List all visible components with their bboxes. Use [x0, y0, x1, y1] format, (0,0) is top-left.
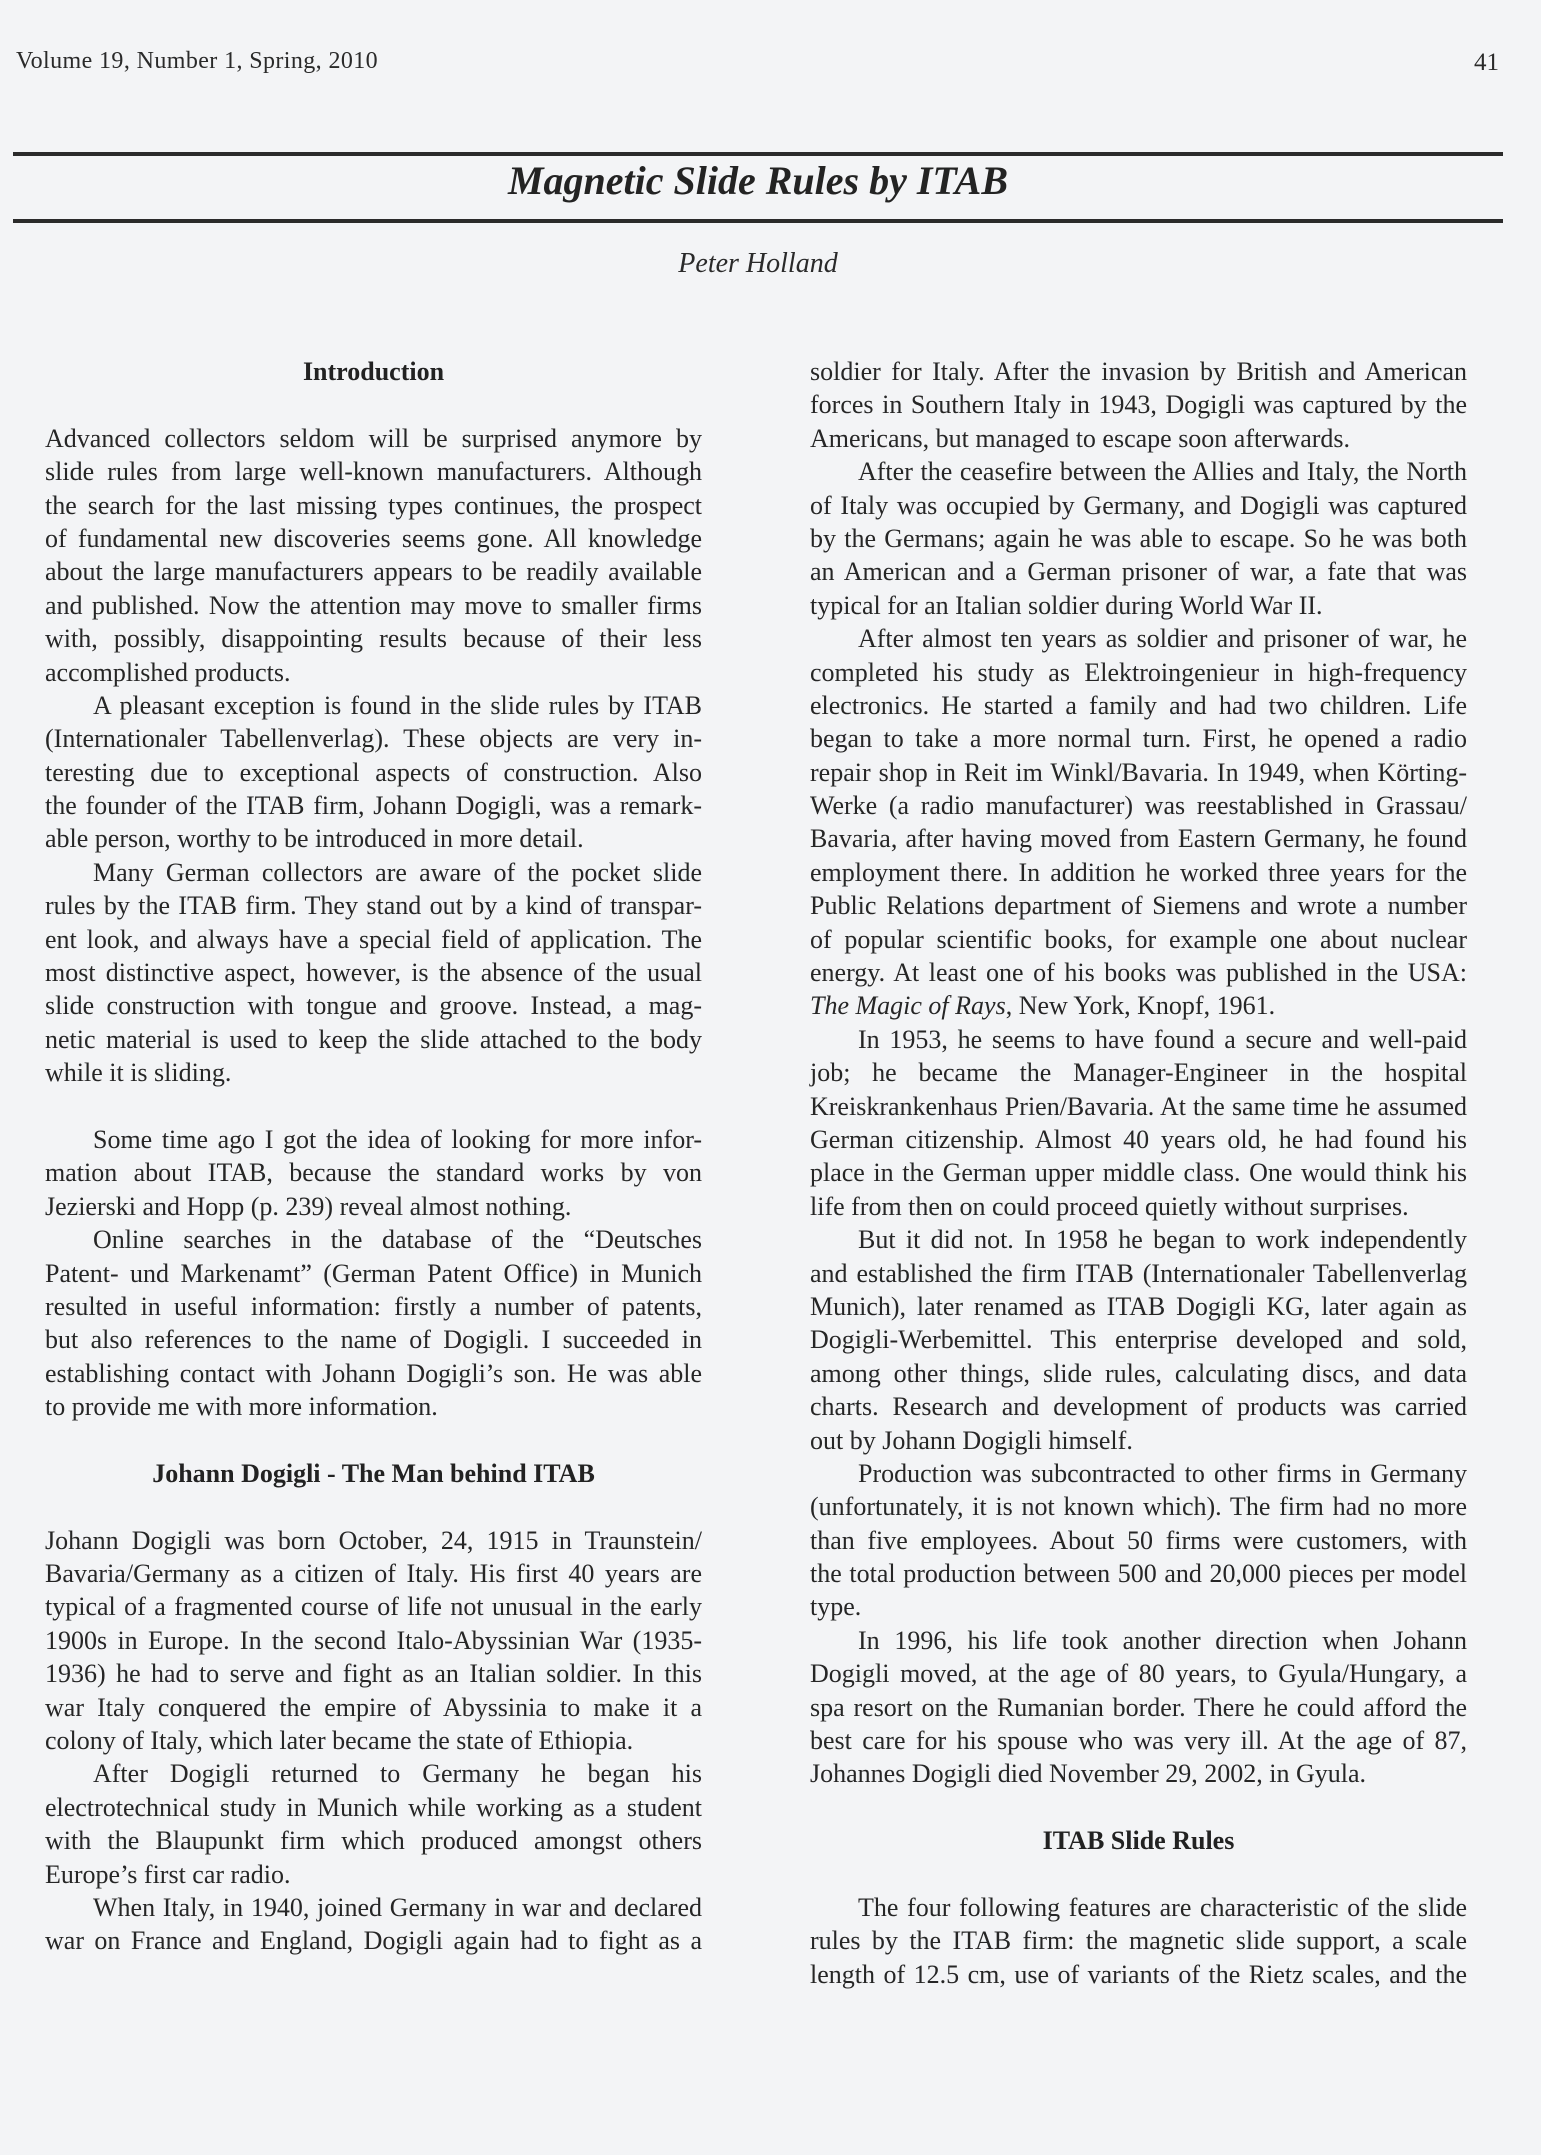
text-line: the total production between 500 and 20,…: [810, 1557, 1467, 1590]
text-line: Public Relations department of Siemens a…: [810, 889, 1467, 922]
text-line: typical of a fragmented course of life n…: [45, 1590, 702, 1623]
paragraph: Production was subcontracted to other fi…: [810, 1457, 1467, 1624]
text-line: an American and a German prisoner of war…: [810, 555, 1467, 588]
text-line: than five employees. About 50 firms were…: [810, 1524, 1467, 1557]
paragraph: After the ceasefire between the Allies a…: [810, 455, 1467, 622]
title-rule-bottom: [13, 219, 1503, 223]
text-line: Johannes Dogigli died November 29, 2002,…: [810, 1757, 1467, 1790]
text-line: to provide me with more information.: [45, 1390, 702, 1423]
text-line: establishing contact with Johann Dogigli…: [45, 1357, 702, 1390]
text-line: Bavaria/Germany as a citizen of Italy. H…: [45, 1557, 702, 1590]
text-line: while it is sliding.: [45, 1056, 702, 1089]
text-line: electrotechnical study in Munich while w…: [45, 1791, 702, 1824]
text-line: among other things, slide rules, calcula…: [810, 1357, 1467, 1390]
text-segment: , New York, Knopf, 1961.: [1006, 991, 1275, 1020]
text-line: life from then on could proceed quietly …: [810, 1190, 1467, 1223]
text-line: Some time ago I got the idea of looking …: [45, 1123, 702, 1156]
text-line: employment there. In addition he worked …: [810, 856, 1467, 889]
text-line: 1936) he had to serve and fight as an It…: [45, 1657, 702, 1690]
text-line: Bavaria, after having moved from Eastern…: [810, 822, 1467, 855]
text-line: Online searches in the database of the “…: [45, 1223, 702, 1256]
paragraph: After almost ten years as soldier and pr…: [810, 622, 1467, 1023]
text-line: Production was subcontracted to other fi…: [810, 1457, 1467, 1490]
text-line: After Dogigli returned to Germany he beg…: [45, 1757, 702, 1790]
text-line: (Internationaler Tabellenverlag). These …: [45, 722, 702, 755]
text-line: teresting due to exceptional aspects of …: [45, 756, 702, 789]
right-column: soldier for Italy. After the invasion by…: [810, 355, 1467, 1991]
text-line: ent look, and always have a special fiel…: [45, 923, 702, 956]
text-line: The Magic of Rays, New York, Knopf, 1961…: [810, 989, 1467, 1022]
text-line: and published. Now the attention may mov…: [45, 589, 702, 622]
text-line: German citizenship. Almost 40 years old,…: [810, 1123, 1467, 1156]
text-line: best care for his spouse who was very il…: [810, 1724, 1467, 1757]
text-line: rules by the ITAB firm: the magnetic sli…: [810, 1924, 1467, 1957]
text-line: repair shop in Reit im Winkl/Bavaria. In…: [810, 756, 1467, 789]
text-line: began to take a more normal turn. First,…: [810, 722, 1467, 755]
section-heading: Introduction: [45, 355, 702, 388]
text-line: (unfortunately, it is not known which). …: [810, 1490, 1467, 1523]
text-line: A pleasant exception is found in the sli…: [45, 689, 702, 722]
text-line: typical for an Italian soldier during Wo…: [810, 589, 1467, 622]
book-title: The Magic of Rays: [810, 991, 1006, 1020]
text-line: mation about ITAB, because the standard …: [45, 1156, 702, 1189]
text-line: of popular scientific books, for example…: [810, 923, 1467, 956]
running-header-issue: Volume 19, Number 1, Spring, 2010: [16, 49, 378, 73]
paragraph: Some time ago I got the idea of looking …: [45, 1123, 702, 1223]
paragraph: A pleasant exception is found in the sli…: [45, 689, 702, 856]
text-line: type.: [810, 1590, 1467, 1623]
text-line: In 1953, he seems to have found a secure…: [810, 1023, 1467, 1056]
text-line: Jezierski and Hopp (p. 239) reveal almos…: [45, 1190, 702, 1223]
paragraph: Online searches in the database of the “…: [45, 1223, 702, 1423]
paragraph: But it did not. In 1958 he began to work…: [810, 1223, 1467, 1457]
text-line: Patent- und Markenamt” (German Patent Of…: [45, 1257, 702, 1290]
text-line: of fundamental new discoveries seems gon…: [45, 522, 702, 555]
section-heading: Johann Dogigli - The Man behind ITAB: [45, 1457, 702, 1490]
text-line: accomplished products.: [45, 656, 702, 689]
text-line: Americans, but managed to escape soon af…: [810, 422, 1467, 455]
text-line: The four following features are characte…: [810, 1891, 1467, 1924]
text-line: war on France and England, Dogigli again…: [45, 1924, 702, 1957]
text-line: Munich), later renamed as ITAB Dogigli K…: [810, 1290, 1467, 1323]
paragraph: The four following features are characte…: [810, 1891, 1467, 1991]
paragraph: Many German collectors are aware of the …: [45, 856, 702, 1090]
text-line: of Italy was occupied by Germany, and Do…: [810, 489, 1467, 522]
text-line: In 1996, his life took another direction…: [810, 1624, 1467, 1657]
text-line: with, possibly, disappointing results be…: [45, 622, 702, 655]
text-line: colony of Italy, which later became the …: [45, 1724, 702, 1757]
paragraph: In 1996, his life took another direction…: [810, 1624, 1467, 1791]
text-line: forces in Southern Italy in 1943, Dogigl…: [810, 388, 1467, 421]
text-line: After the ceasefire between the Allies a…: [810, 455, 1467, 488]
text-line: slide rules from large well-known manufa…: [45, 455, 702, 488]
text-line: spa resort on the Rumanian border. There…: [810, 1691, 1467, 1724]
text-line: But it did not. In 1958 he began to work…: [810, 1223, 1467, 1256]
paragraph: soldier for Italy. After the invasion by…: [810, 355, 1467, 455]
text-line: energy. At least one of his books was pu…: [810, 956, 1467, 989]
text-line: slide construction with tongue and groov…: [45, 989, 702, 1022]
paragraph: Johann Dogigli was born October, 24, 191…: [45, 1524, 702, 1758]
paragraph: When Italy, in 1940, joined Germany in w…: [45, 1891, 702, 1958]
text-line: length of 12.5 cm, use of variants of th…: [810, 1958, 1467, 1991]
text-line: most distinctive aspect, however, is the…: [45, 956, 702, 989]
text-line: able person, worthy to be introduced in …: [45, 822, 702, 855]
text-line: 1900s in Europe. In the second Italo-Aby…: [45, 1624, 702, 1657]
text-line: Werke (a radio manufacturer) was reestab…: [810, 789, 1467, 822]
title-rule-top: [13, 152, 1503, 156]
text-line: the founder of the ITAB firm, Johann Dog…: [45, 789, 702, 822]
text-line: job; he became the Manager-Engineer in t…: [810, 1056, 1467, 1089]
text-line: Dogigli-Werbemittel. This enterprise dev…: [810, 1323, 1467, 1356]
text-line: Advanced collectors seldom will be surpr…: [45, 422, 702, 455]
text-line: charts. Research and development of prod…: [810, 1390, 1467, 1423]
section-heading: ITAB Slide Rules: [810, 1824, 1467, 1857]
text-line: about the large manufacturers appears to…: [45, 555, 702, 588]
text-line: place in the German upper middle class. …: [810, 1156, 1467, 1189]
text-line: completed his study as Elektroingenieur …: [810, 656, 1467, 689]
page-number: 41: [1474, 50, 1499, 75]
text-line: soldier for Italy. After the invasion by…: [810, 355, 1467, 388]
text-line: but also references to the name of Dogig…: [45, 1323, 702, 1356]
text-line: and established the firm ITAB (Internati…: [810, 1257, 1467, 1290]
text-line: with the Blaupunkt firm which produced a…: [45, 1824, 702, 1857]
text-line: Johann Dogigli was born October, 24, 191…: [45, 1524, 702, 1557]
text-line: Kreiskrankenhaus Prien/Bavaria. At the s…: [810, 1090, 1467, 1123]
text-line: Dogigli moved, at the age of 80 years, t…: [810, 1657, 1467, 1690]
left-column: IntroductionAdvanced collectors seldom w…: [45, 355, 702, 1958]
text-line: resulted in useful information: firstly …: [45, 1290, 702, 1323]
text-line: Many German collectors are aware of the …: [45, 856, 702, 889]
text-line: rules by the ITAB firm. They stand out b…: [45, 889, 702, 922]
text-line: war Italy conquered the empire of Abyssi…: [45, 1691, 702, 1724]
text-line: After almost ten years as soldier and pr…: [810, 622, 1467, 655]
text-line: electronics. He started a family and had…: [810, 689, 1467, 722]
article-title: Magnetic Slide Rules by ITAB: [13, 161, 1503, 201]
text-line: the search for the last missing types co…: [45, 489, 702, 522]
text-line: out by Johann Dogigli himself.: [810, 1424, 1467, 1457]
paragraph: In 1953, he seems to have found a secure…: [810, 1023, 1467, 1223]
paragraph: Advanced collectors seldom will be surpr…: [45, 422, 702, 689]
text-line: by the Germans; again he was able to esc…: [810, 522, 1467, 555]
text-line: netic material is used to keep the slide…: [45, 1023, 702, 1056]
paragraph: After Dogigli returned to Germany he beg…: [45, 1757, 702, 1891]
text-line: When Italy, in 1940, joined Germany in w…: [45, 1891, 702, 1924]
text-line: Europe’s first car radio.: [45, 1858, 702, 1891]
article-author: Peter Holland: [13, 250, 1503, 278]
